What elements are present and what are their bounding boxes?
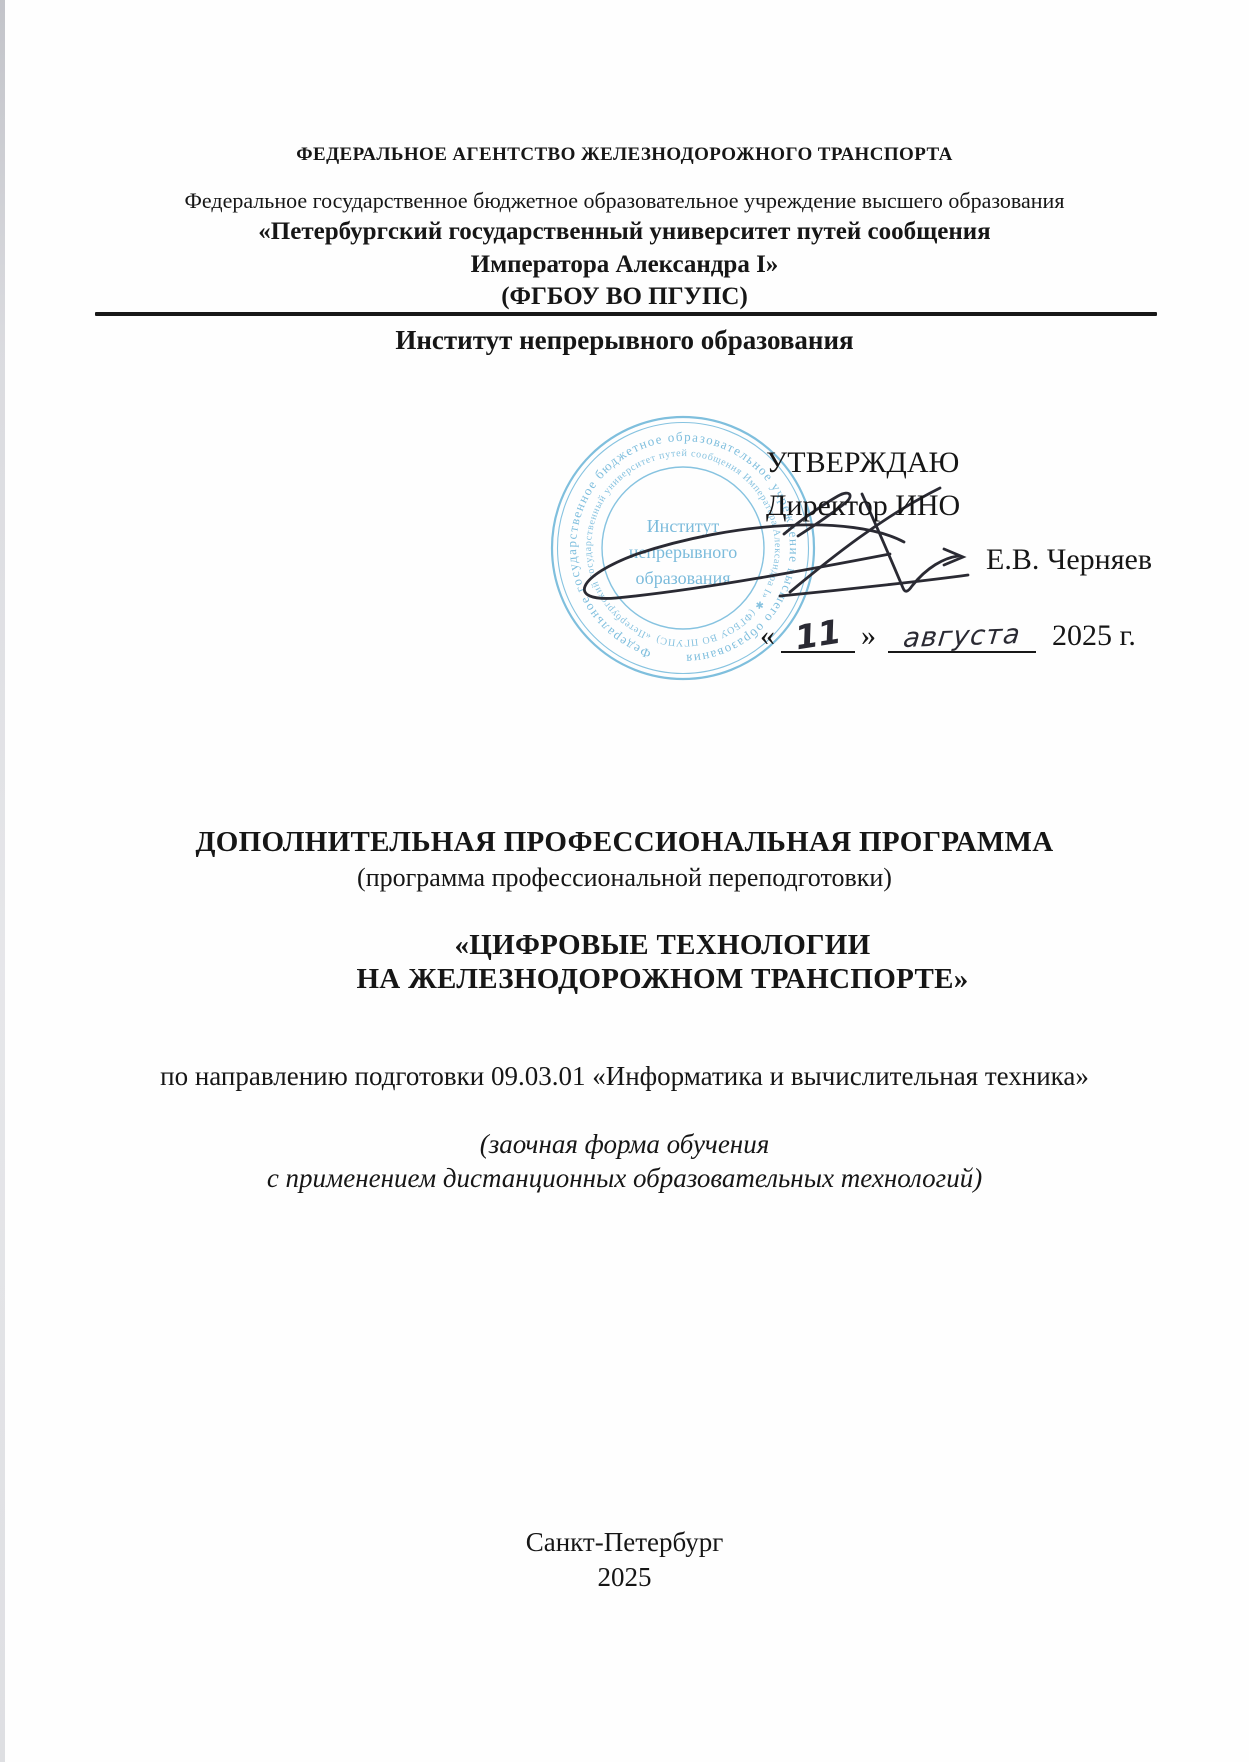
date-year: 2025 г. — [1052, 619, 1136, 653]
approve-label: УТВЕРЖДАЮ — [766, 441, 960, 484]
program-name-line2: НА ЖЕЛЕЗНОДОРОЖНОМ ТРАНСПОРТЕ» — [38, 963, 1249, 996]
handwritten-month: августа — [886, 618, 1038, 654]
study-form-line2: с применением дистанционных образователь… — [0, 1163, 1249, 1194]
footer-year: 2025 — [0, 1562, 1249, 1593]
document-page: ФЕДЕРАЛЬНОЕ АГЕНТСТВО ЖЕЛЕЗНОДОРОЖНОГО Т… — [0, 0, 1249, 1762]
university-name-line1: «Петербургский государственный университ… — [0, 218, 1249, 246]
date-close-quote: » — [859, 619, 878, 653]
date-day-blank: 11 — [781, 613, 855, 653]
agency-line: ФЕДЕРАЛЬНОЕ АГЕНТСТВО ЖЕЛЕЗНОДОРОЖНОГО Т… — [0, 144, 1249, 166]
date-open-quote: « — [758, 619, 777, 653]
program-name-line1: «ЦИФРОВЫЕ ТЕХНОЛОГИИ — [38, 929, 1249, 962]
header-divider-line — [95, 312, 1157, 316]
institute-line: Институт непрерывного образования — [0, 325, 1249, 356]
university-abbreviation: (ФГБОУ ВО ПГУПС) — [0, 283, 1249, 311]
signer-name: Е.В. Черняев — [986, 543, 1152, 577]
approver-position: Директор ИНО — [766, 484, 960, 527]
approval-date-line: « 11 » августа 2025 г. — [758, 613, 1136, 653]
footer-city: Санкт-Петербург — [0, 1527, 1249, 1558]
handwritten-day: 11 — [778, 609, 857, 659]
document-title: ДОПОЛНИТЕЛЬНАЯ ПРОФЕССИОНАЛЬНАЯ ПРОГРАММ… — [0, 826, 1249, 859]
university-name-line2: Императора Александра I» — [0, 251, 1249, 279]
institution-type-line: Федеральное государственное бюджетное об… — [0, 188, 1249, 214]
date-month-blank: августа — [888, 613, 1036, 653]
document-subtitle: (программа профессиональной переподготов… — [0, 863, 1249, 893]
direction-line: по направлению подготовки 09.03.01 «Инфо… — [0, 1061, 1249, 1092]
approval-block: УТВЕРЖДАЮ Директор ИНО — [766, 441, 960, 527]
study-form-line1: (заочная форма обучения — [0, 1129, 1249, 1160]
